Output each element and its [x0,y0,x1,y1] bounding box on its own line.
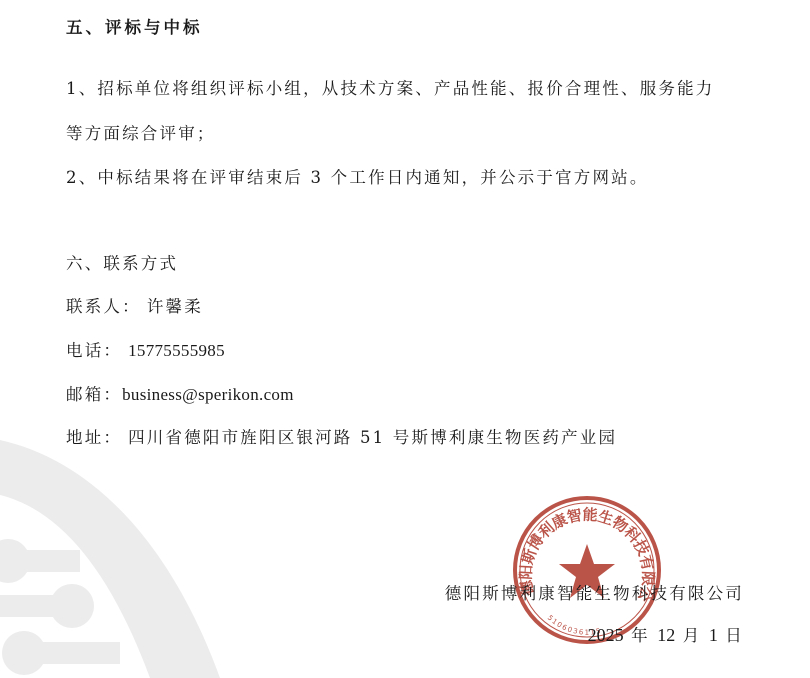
date-month-unit: 月 [683,626,702,645]
contact-person-label: 联系人： [66,297,141,316]
phone-value: 15775555985 [128,341,225,360]
address-label: 地址： [66,428,122,447]
date-month: 12 [657,625,675,645]
evaluation-item-2: 2、中标结果将在评审结束后 3 个工作日内通知，并公示于官方网站。 [66,168,649,188]
address-value: 四川省德阳市旌阳区银河路 51 号斯博利康生物医药产业园 [128,428,617,447]
phone-row: 电话：15775555985 [66,341,225,361]
email-value: business@sperikon.com [122,385,294,404]
document-page: 五、评标与中标 1、招标单位将组织评标小组，从技术方案、产品性能、报价合理性、服… [0,0,810,678]
contact-person-row: 联系人：许馨柔 [66,297,203,317]
evaluation-item-1-continued: 等方面综合评审； [66,124,216,144]
phone-label: 电话： [66,341,122,360]
email-label: 邮箱： [66,385,122,404]
signing-company-name: 德阳斯博利康智能生物科技有限公司 [445,580,744,604]
evaluation-item-1: 1、招标单位将组织评标小组，从技术方案、产品性能、报价合理性、服务能力 [66,79,715,99]
address-row: 地址：四川省德阳市旌阳区银河路 51 号斯博利康生物医药产业园 [66,428,617,448]
signing-date: 2025 年 12 月 1 日 [588,622,744,646]
date-day: 1 [709,625,718,645]
date-day-unit: 日 [725,626,744,645]
date-year-unit: 年 [631,626,650,645]
section-five-heading: 五、评标与中标 [66,18,203,38]
date-year: 2025 [588,625,624,645]
section-six-heading: 六、联系方式 [66,254,178,274]
contact-person-value: 许馨柔 [147,297,203,316]
email-row: 邮箱：business@sperikon.com [66,385,294,405]
